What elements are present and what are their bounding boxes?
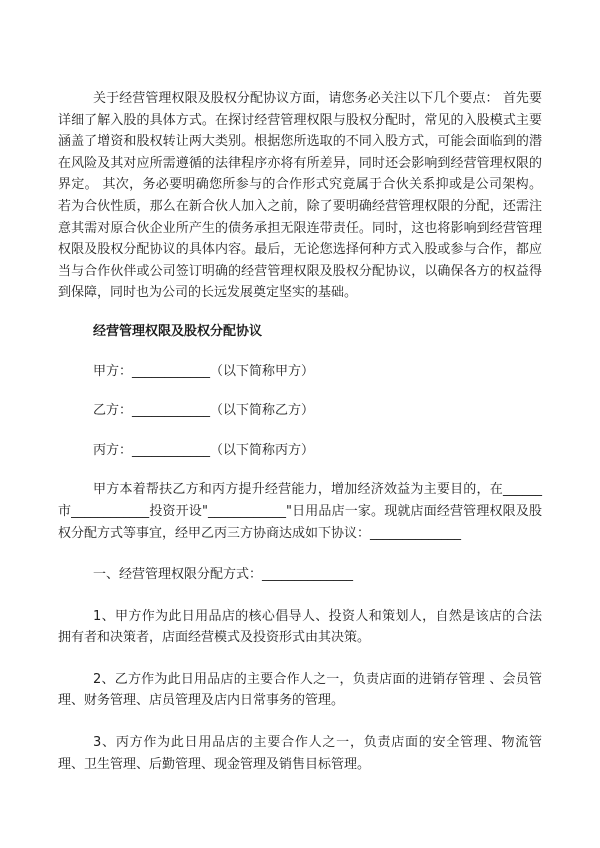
clause-1-party-a-role: 1、甲方作为此日用品店的核心倡导人、投资人和策划人，自然是该店的合法拥有者和决策… — [58, 606, 542, 649]
party-line-party-a: 甲方：____________（以下简称甲方） — [58, 361, 542, 383]
party-b-suffix: （以下简称乙方） — [210, 403, 314, 418]
section-heading-authority-distribution: 一、经营管理权限分配方式：______________ — [58, 564, 542, 586]
party-b-name-blank: ____________ — [132, 403, 210, 418]
party-a-name-blank: ____________ — [132, 364, 210, 379]
party-a-suffix: （以下简称甲方） — [210, 364, 314, 379]
document-page: 关于经营管理权限及股权分配协议方面，请您务必关注以下几个要点： 首先要详细了解入… — [0, 0, 600, 848]
preamble-paragraph: 甲方本着帮扶乙方和丙方提升经营能力，增加经济效益为主要目的，在______市__… — [58, 479, 542, 544]
party-c-name-blank: ____________ — [132, 443, 210, 458]
intro-paragraph: 关于经营管理权限及股权分配协议方面，请您务必关注以下几个要点： 首先要详细了解入… — [58, 88, 542, 304]
party-line-party-c: 丙方：____________（以下简称丙方） — [58, 440, 542, 462]
party-c-suffix: （以下简称丙方） — [210, 443, 314, 458]
document-title: 经营管理权限及股权分配协议 — [58, 321, 542, 343]
clause-2-party-b-role: 2、乙方作为此日用品店的主要合作人之一，负责店面的进销存管理 、会员管理、财务管… — [58, 669, 542, 712]
party-c-label: 丙方： — [93, 443, 132, 458]
party-b-label: 乙方： — [93, 403, 132, 418]
party-line-party-b: 乙方：____________（以下简称乙方） — [58, 400, 542, 422]
party-a-label: 甲方： — [93, 364, 132, 379]
clause-3-party-c-role: 3、丙方作为此日用品店的主要合作人之一，负责店面的安全管理、物流管理、卫生管理、… — [58, 732, 542, 775]
